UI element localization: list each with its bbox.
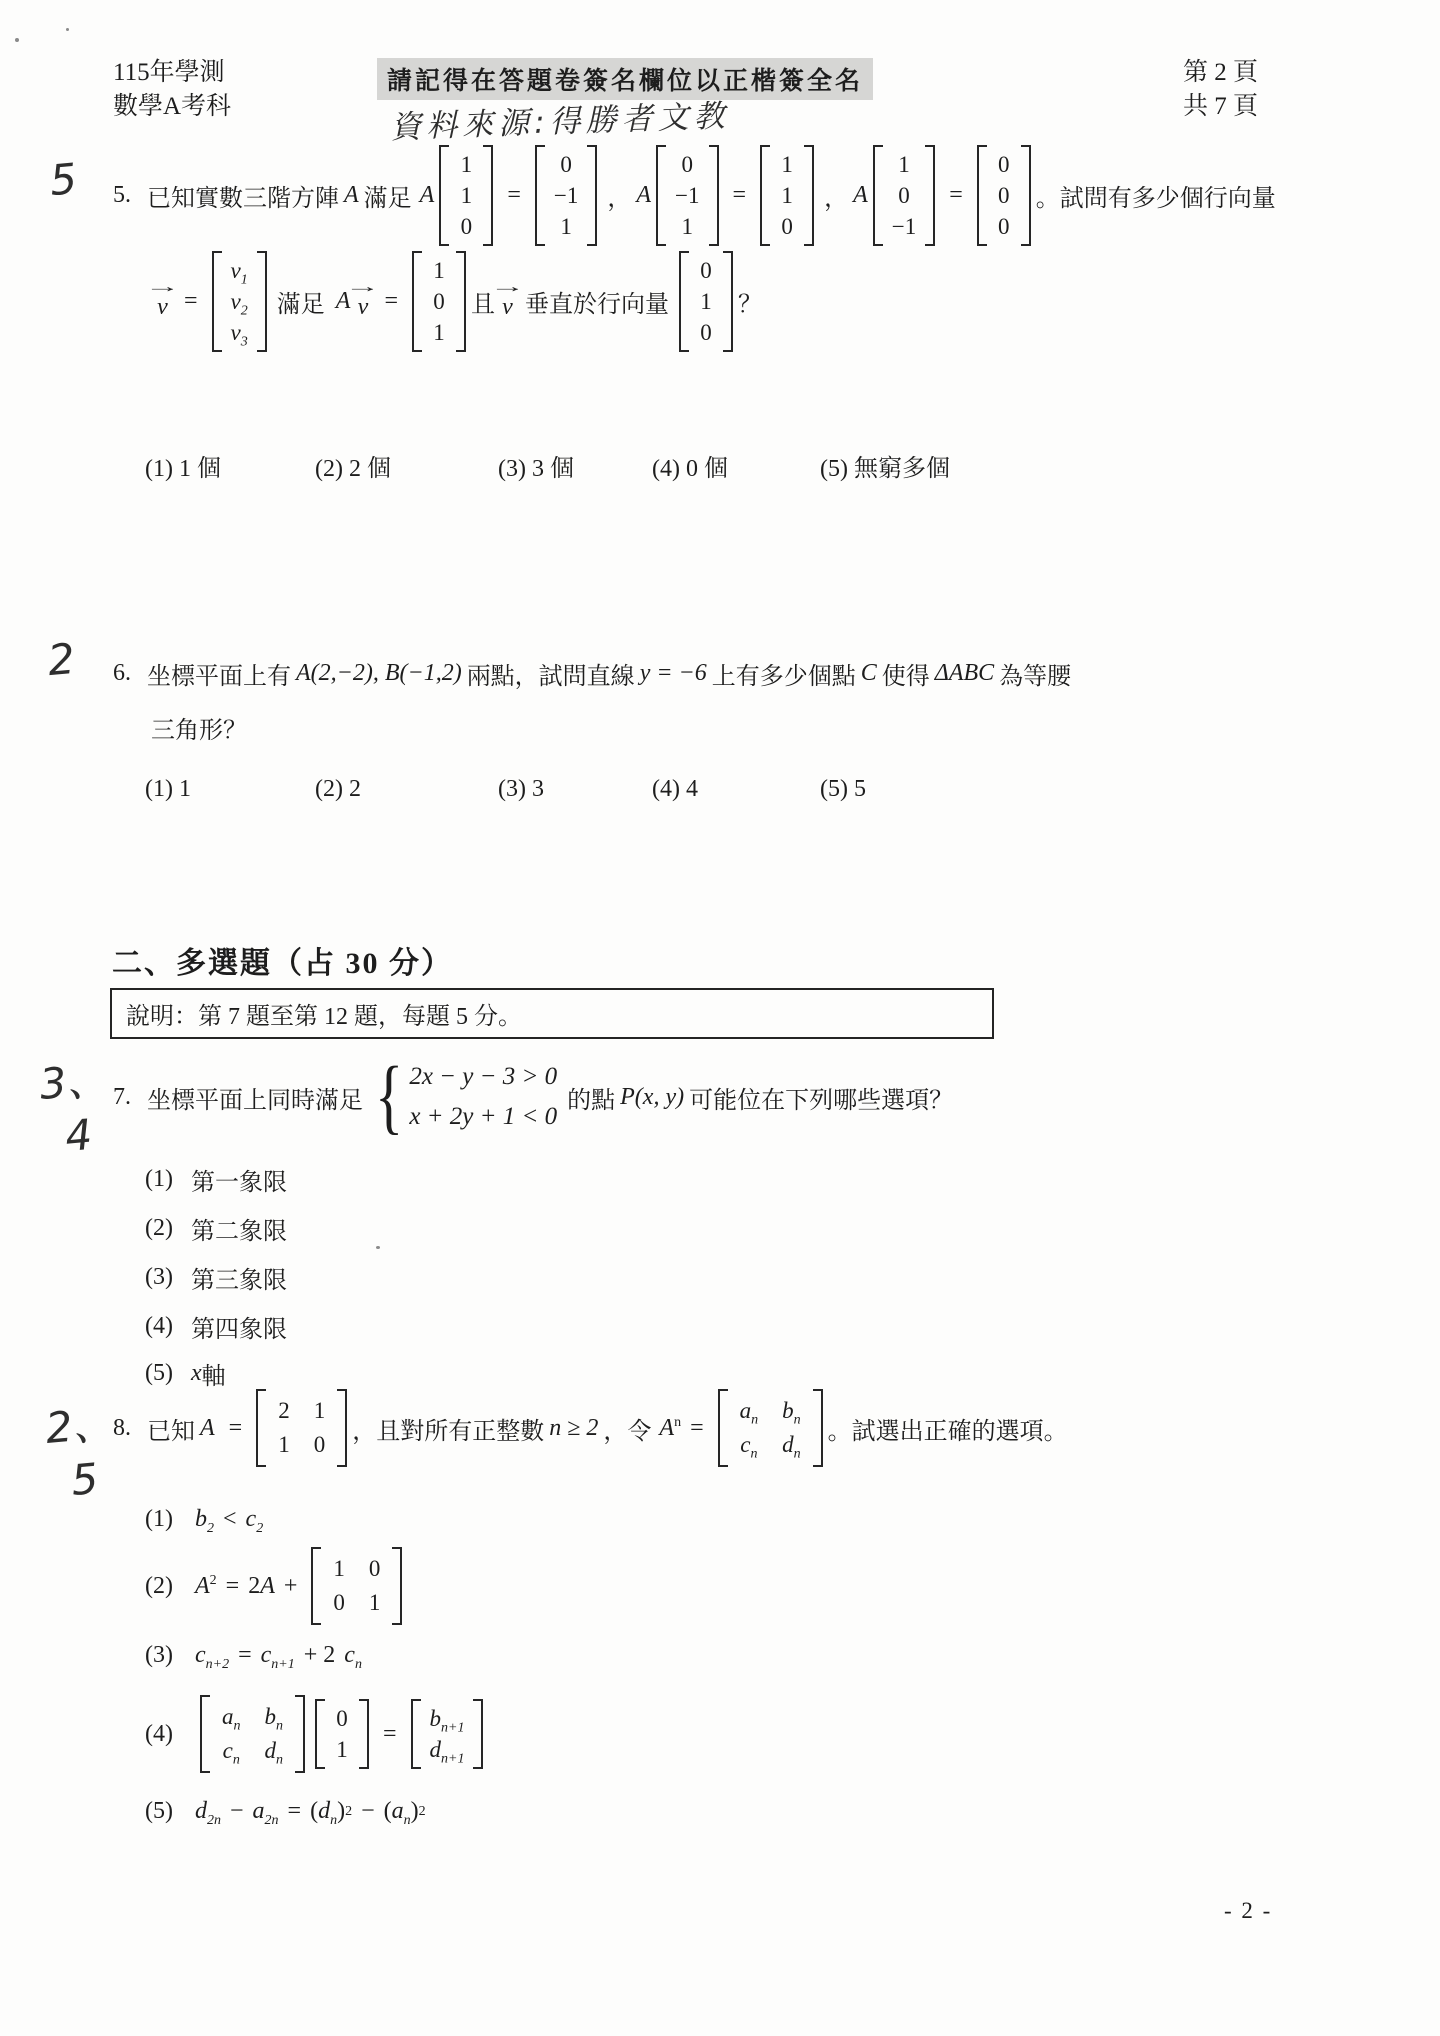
vector-arrow-icon: → xyxy=(490,282,526,294)
matrix: 0−11 xyxy=(535,145,597,246)
vector-v: →v xyxy=(354,282,371,321)
inequality-system: 2x − y − 3 > 0 x + 2y + 1 < 0 xyxy=(409,1063,557,1131)
matrix: 110 xyxy=(439,145,493,246)
q8-An: An xyxy=(659,1415,681,1442)
q6-line-equation: y = −6 xyxy=(640,660,707,687)
section-2-title: 二、多選題（占 30 分） xyxy=(112,938,453,982)
q5-stem-a: 已知實數三階方陣 xyxy=(147,178,339,213)
equals-sign: = xyxy=(384,288,398,315)
q6-var-C: C xyxy=(861,660,877,687)
matrix: 010 xyxy=(679,251,733,352)
q8-option-1: (1) b2 < c2 xyxy=(145,1506,263,1533)
vector-v: →v xyxy=(154,282,171,321)
q6-triangle: ΔABC xyxy=(935,660,994,687)
exam-page: 115年學測 數學A考科 請記得在答題卷簽名欄位以正楷簽全名 資料來源:得勝者文… xyxy=(0,0,1440,2036)
inequality-1: 2x − y − 3 > 0 xyxy=(409,1063,557,1091)
q5-question-mark: ？ xyxy=(738,284,762,319)
comma: ， xyxy=(607,178,631,213)
scan-speck xyxy=(15,38,19,42)
vector-arrow-icon: → xyxy=(345,282,381,294)
margin-note-q7: 3、 4 xyxy=(38,1055,115,1163)
header-right: 第 2 頁 共 7 頁 xyxy=(1183,56,1258,124)
q6-stem-b: 兩點，試問直線 xyxy=(467,656,635,691)
header-left: 115年學測 數學A考科 xyxy=(113,56,231,124)
question-5-options: (1) 1 個 (2) 2 個 (3) 3 個 (4) 0 個 (5) 無窮多個 xyxy=(113,448,1213,484)
q8-option-4: (4) an bn cn dn 01 = bn+1 dn+1 xyxy=(145,1686,488,1782)
q5-stem-f: 垂直於行向量 xyxy=(525,284,669,319)
exam-year-label: 115年學測 xyxy=(113,56,231,90)
identity-matrix: 1001 xyxy=(311,1547,402,1625)
subject-label: 數學A考科 xyxy=(113,90,231,124)
equals-sign: = xyxy=(733,182,747,209)
question-8-stem: 8. 已知 A = 2110 ，且對所有正整數 n ≥ 2 ，令 An = an… xyxy=(113,1382,1068,1474)
margin-note-q6: 2 xyxy=(46,635,77,685)
q7-option-1: (1)第一象限 xyxy=(145,1162,287,1197)
option-item: (5) 5 xyxy=(820,776,866,803)
question-5-line2: →v = v1 v2 v3 滿足 A →v = 101 且 →v 垂直於行向量 … xyxy=(150,248,762,354)
q7-stem-c: 可能位在下列哪些選項？ xyxy=(689,1080,953,1115)
q8-option-3: (3) cn+2 = cn+1 + 2 cn xyxy=(145,1642,362,1669)
scan-speck xyxy=(66,28,69,31)
option-item: (1) 1 xyxy=(145,776,191,803)
q5-matA2: A xyxy=(636,182,651,209)
question-6-options: (1) 1 (2) 2 (3) 3 (4) 4 (5) 5 xyxy=(113,776,1213,812)
question-6-line2: 三角形？ xyxy=(151,710,247,745)
q6-stem-d: 使得 xyxy=(882,656,930,691)
equals-sign: = xyxy=(690,1415,704,1442)
page-number-label: 第 2 頁 xyxy=(1183,56,1258,90)
question-6-number: 6. xyxy=(113,660,131,687)
q7-option-3: (3)第三象限 xyxy=(145,1260,287,1295)
matrix-A: 2110 xyxy=(256,1389,347,1467)
footer-page-number: - 2 - xyxy=(1224,1898,1272,1924)
option-item: (5) 無窮多個 xyxy=(820,448,950,483)
q6-stem-a: 坐標平面上有 xyxy=(147,656,291,691)
matrix-An: an bn cn dn xyxy=(718,1389,823,1467)
equals-sign: = xyxy=(507,182,521,209)
scan-speck xyxy=(376,1246,380,1249)
question-6-line1: 6. 坐標平面上有 A(2,−2), B(−1,2) 兩點，試問直線 y = −… xyxy=(113,652,1071,694)
matrix: 0−11 xyxy=(656,145,718,246)
equals-sign: = xyxy=(184,288,198,315)
q8-option-2: (2) A2 = 2A + 1001 xyxy=(145,1546,407,1626)
section-2-instruction-box: 說明：第 7 題至第 12 題，每題 5 分。 xyxy=(110,988,994,1039)
option-item: (2) 2 xyxy=(315,776,361,803)
q6-stem-e: 為等腰 xyxy=(999,656,1071,691)
q5-stem-b: 滿足 xyxy=(364,178,412,213)
option-item: (2) 2 個 xyxy=(315,448,391,483)
q8-stem-c: ，令 xyxy=(603,1411,651,1446)
matrix: 110 xyxy=(760,145,814,246)
equals-sign: = xyxy=(949,182,963,209)
q8-condition: n ≥ 2 xyxy=(549,1415,598,1442)
q5-stem-d: 滿足 xyxy=(277,284,325,319)
question-5-line1: 5. 已知實數三階方陣 A 滿足 A 110 = 0−11 ， A 0−11 =… xyxy=(113,142,1276,248)
q7-stem-b: 的點 xyxy=(567,1080,615,1115)
q8-stem-d: 。試選出正確的選項。 xyxy=(828,1411,1068,1446)
vector-v: →v xyxy=(499,282,516,321)
q7-option-2: (2)第二象限 xyxy=(145,1211,287,1246)
matrix: 000 xyxy=(977,145,1031,246)
q6-stem-c: 上有多少個點 xyxy=(712,656,856,691)
question-7-number: 7. xyxy=(113,1084,131,1111)
q5-matA1: A xyxy=(420,182,435,209)
q6-points: A(2,−2), B(−1,2) xyxy=(296,660,462,687)
inequality-2: x + 2y + 1 < 0 xyxy=(409,1103,557,1131)
equals-sign: = xyxy=(229,1415,243,1442)
matrix: 10−1 xyxy=(873,145,935,246)
matrix-An: an bn cn dn xyxy=(200,1695,305,1773)
comma: ， xyxy=(824,178,848,213)
q5-matA3: A xyxy=(853,182,868,209)
q8-stem-b: ，且對所有正整數 xyxy=(352,1411,544,1446)
q8-var-A: A xyxy=(200,1415,215,1442)
matrix-result: bn+1 dn+1 xyxy=(411,1699,484,1769)
option-item: (3) 3 個 xyxy=(498,448,574,483)
matrix-e2: 01 xyxy=(315,1699,369,1769)
option-item: (1) 1 個 xyxy=(145,448,221,483)
option-item: (3) 3 xyxy=(498,776,544,803)
q8-option-5: (5) d2n − a2n = (dn)2 − (an)2 xyxy=(145,1798,426,1825)
question-8-number: 8. xyxy=(113,1415,131,1442)
system-brace: { xyxy=(375,1055,403,1139)
q7-stem-a: 坐標平面上同時滿足 xyxy=(147,1080,363,1115)
margin-note-q8: 2、 5 xyxy=(44,1399,121,1507)
page-total-label: 共 7 頁 xyxy=(1183,90,1258,124)
margin-note-q5: 5 xyxy=(48,155,79,205)
q8-stem-a: 已知 xyxy=(147,1411,195,1446)
matrix-v: v1 v2 v3 xyxy=(212,251,267,352)
option-item: (4) 0 個 xyxy=(652,448,728,483)
option-item: (4) 4 xyxy=(652,776,698,803)
q5-var-A: A xyxy=(344,182,359,209)
q7-option-4: (4)第四象限 xyxy=(145,1309,287,1344)
matrix: 101 xyxy=(412,251,466,352)
q5-stem-c: 。試問有多少個行向量 xyxy=(1036,178,1276,213)
question-5-number: 5. xyxy=(113,182,131,209)
question-7-stem: 7. 坐標平面上同時滿足 { 2x − y − 3 > 0 x + 2y + 1… xyxy=(113,1042,953,1152)
vector-arrow-icon: → xyxy=(145,282,181,294)
q7-point-P: P(x, y) xyxy=(620,1084,684,1111)
